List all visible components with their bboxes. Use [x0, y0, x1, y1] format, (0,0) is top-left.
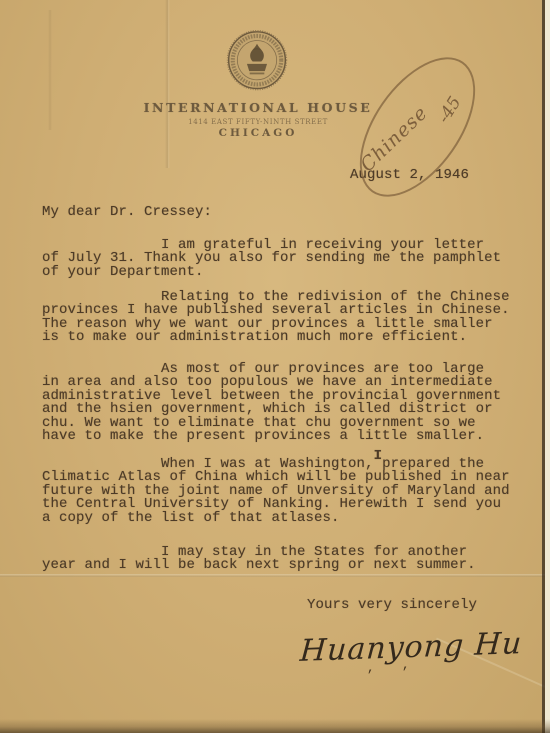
paragraph-5: I may stay in the States for another yea… [42, 546, 522, 573]
salutation: My dear Dr. Cressey: [42, 206, 212, 219]
paragraph-1: I am grateful in receiving your letter o… [42, 239, 522, 279]
typed-insertion-correction: I [374, 448, 383, 464]
fold-line-middle [0, 574, 550, 577]
closing-line: Yours very sincerely [307, 599, 477, 612]
scan-edge-bottom-shadow [0, 719, 550, 733]
stray-ink-mark: ’ [366, 668, 374, 683]
paragraph-3: As most of our provinces are too large i… [42, 363, 522, 443]
paragraph-4-rest: Climatic Atlas of China which will be pu… [42, 469, 510, 525]
paper-crease-left [48, 10, 52, 130]
paragraph-2: Relating to the redivision of the Chines… [42, 291, 522, 345]
paper-crease-top [165, 0, 170, 168]
international-house-seal-icon [223, 30, 291, 94]
paragraph-4: When I was at Washington,Iprepared the C… [42, 458, 532, 525]
letter-page: INTERNATIONAL HOUSE 1414 EAST FIFTY-NINT… [0, 0, 550, 733]
scan-edge-right-backing [545, 0, 550, 733]
stray-ink-mark: ’ [401, 665, 409, 680]
